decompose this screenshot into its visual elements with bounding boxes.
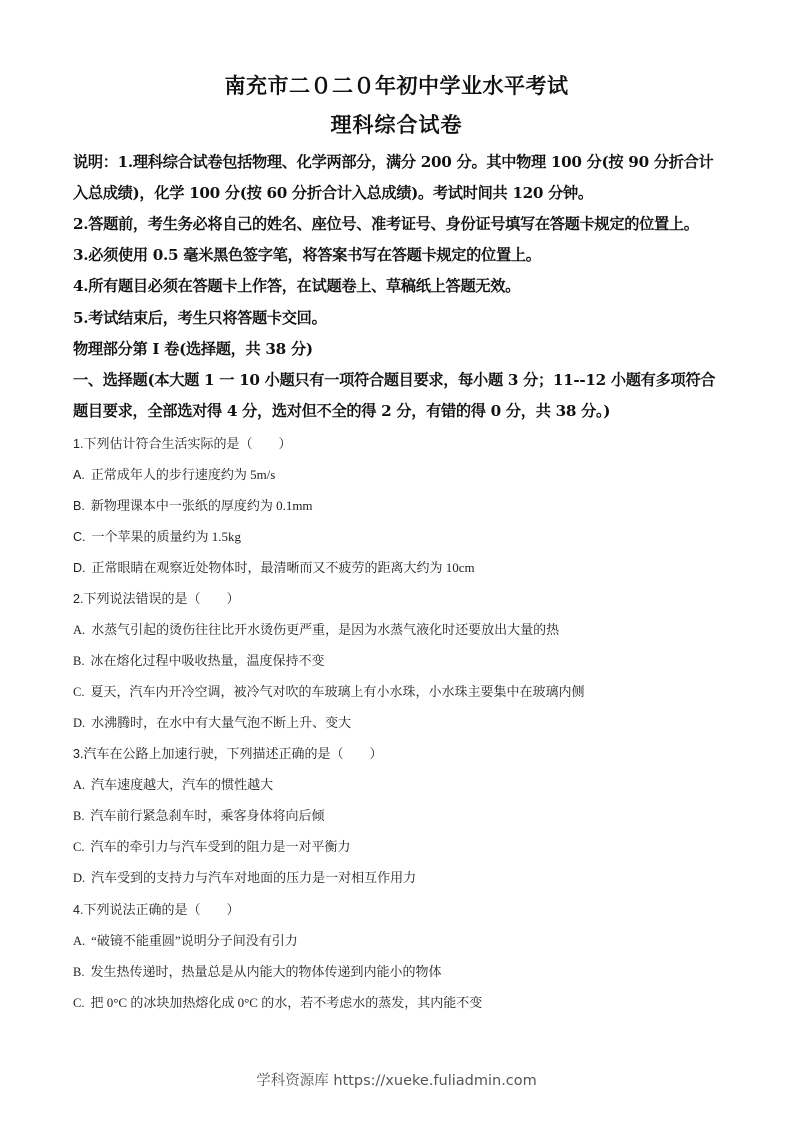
option-text: 正常眼睛在观察近处物体时，最清晰而又不疲劳的距离大约为 10cm — [92, 560, 475, 575]
question-4-option-b: B.发生热传递时，热量总是从内能大的物体传递到内能小的物体 — [73, 961, 441, 980]
instruction-line-1: 说明：1.理科综合试卷包括物理、化学两部分，满分 200 分。其中物理 100 … — [73, 151, 713, 172]
option-text: 新物理课本中一张纸的厚度约为 0.1mm — [91, 498, 313, 513]
question-2-option-c: C.夏天，汽车内开冷空调，被冷气对吹的车玻璃上有小水珠，小水珠主要集中在玻璃内侧 — [73, 681, 584, 700]
option-text: 正常成年人的步行速度约为 5m/s — [91, 467, 276, 482]
question-number: 1. — [73, 437, 83, 451]
option-text: 一个苹果的质量约为 1.5kg — [92, 529, 242, 544]
option-letter: A. — [73, 623, 85, 637]
option-text: 汽车的牵引力与汽车受到的阻力是一对平衡力 — [90, 839, 350, 854]
option-letter: C. — [73, 530, 86, 544]
option-letter: B. — [73, 654, 84, 668]
option-letter: D. — [73, 716, 85, 730]
option-text: 冰在熔化过程中吸收热量，温度保持不变 — [90, 653, 324, 668]
option-letter: A. — [73, 468, 85, 482]
question-text: 下列说法错误的是（ ） — [83, 591, 239, 606]
question-1-option-c: C.一个苹果的质量约为 1.5kg — [73, 526, 241, 545]
question-3-option-b: B.汽车前行紧急刹车时，乘客身体将向后倾 — [73, 805, 324, 824]
question-4-option-a: A.“破镜不能重圆”说明分子间没有引力 — [73, 930, 298, 949]
question-1-stem: 1.下列估计符合生活实际的是（ ） — [73, 433, 291, 452]
instruction-line-3: 2.答题前，考生务必将自己的姓名、座位号、准考证号、身份证号填写在答题卡规定的位… — [73, 213, 699, 234]
instruction-line-4: 3.必须使用 0.5 毫米黑色签字笔，将答案书写在答题卡规定的位置上。 — [73, 244, 541, 265]
exam-page: 南充市二０二０年初中学业水平考试 理科综合试卷 说明：1.理科综合试卷包括物理、… — [0, 0, 793, 1122]
instruction-line-2: 入总成绩)，化学 100 分(按 60 分折合计入总成绩)。考试时间共 120 … — [73, 182, 593, 203]
question-2-option-d: D.水沸腾时，在水中有大量气泡不断上升、变大 — [73, 712, 351, 731]
section-description-line-2: 题目要求，全部选对得 4 分，选对但不全的得 2 分，有错的得 0 分，共 38… — [73, 400, 610, 421]
question-number: 2. — [73, 592, 83, 606]
option-text: 水蒸气引起的烫伤往往比开水烫伤更严重，是因为水蒸气液化时还要放出大量的热 — [91, 622, 559, 637]
option-letter: A. — [73, 778, 85, 792]
question-3-stem: 3.汽车在公路上加速行驶，下列描述正确的是（ ） — [73, 743, 382, 762]
exam-subtitle: 理科综合试卷 — [0, 109, 793, 139]
question-4-option-c: C.把 0°C 的冰块加热熔化成 0°C 的水，若不考虑水的蒸发，其内能不变 — [73, 992, 482, 1011]
question-1-option-a: A.正常成年人的步行速度约为 5m/s — [73, 464, 275, 483]
question-3-option-a: A.汽车速度越大，汽车的惯性越大 — [73, 774, 273, 793]
option-letter: A. — [73, 934, 85, 948]
question-text: 下列估计符合生活实际的是（ ） — [83, 436, 291, 451]
instruction-line-6: 5.考试结束后，考生只将答题卡交回。 — [73, 307, 326, 328]
option-letter: C. — [73, 840, 84, 854]
question-text: 汽车在公路上加速行驶，下列描述正确的是（ ） — [83, 746, 382, 761]
question-2-option-b: B.冰在熔化过程中吸收热量，温度保持不变 — [73, 650, 324, 669]
option-text: 汽车受到的支持力与汽车对地面的压力是一对相互作用力 — [91, 870, 416, 885]
question-3-option-d: D.汽车受到的支持力与汽车对地面的压力是一对相互作用力 — [73, 867, 416, 886]
question-1-option-b: B.新物理课本中一张纸的厚度约为 0.1mm — [73, 495, 313, 514]
option-letter: B. — [73, 499, 85, 513]
section-heading: 物理部分第 I 卷(选择题，共 38 分) — [73, 338, 313, 359]
question-number: 4. — [73, 903, 83, 917]
option-letter: B. — [73, 809, 84, 823]
option-letter: D. — [73, 561, 86, 575]
option-letter: D. — [73, 871, 85, 885]
instruction-line-5: 4.所有题目必须在答题卡上作答，在试题卷上、草稿纸上答题无效。 — [73, 275, 520, 296]
question-3-option-c: C.汽车的牵引力与汽车受到的阻力是一对平衡力 — [73, 836, 350, 855]
option-text: 汽车速度越大，汽车的惯性越大 — [91, 777, 273, 792]
question-2-option-a: A.水蒸气引起的烫伤往往比开水烫伤更严重，是因为水蒸气液化时还要放出大量的热 — [73, 619, 559, 638]
question-4-stem: 4.下列说法正确的是（ ） — [73, 899, 239, 918]
option-letter: B. — [73, 965, 84, 979]
option-text: 夏天，汽车内开冷空调，被冷气对吹的车玻璃上有小水珠，小水珠主要集中在玻璃内侧 — [90, 684, 584, 699]
section-description-line-1: 一、选择题(本大题 1 一 10 小题只有一项符合题目要求，每小题 3 分；11… — [73, 369, 715, 390]
option-letter: C. — [73, 685, 84, 699]
option-text: 把 0°C 的冰块加热熔化成 0°C 的水，若不考虑水的蒸发，其内能不变 — [90, 995, 482, 1010]
question-number: 3. — [73, 747, 83, 761]
option-text: 汽车前行紧急刹车时，乘客身体将向后倾 — [90, 808, 324, 823]
footer-watermark: 学科资源库 https://xueke.fuliadmin.com — [0, 1069, 793, 1090]
question-1-option-d: D.正常眼睛在观察近处物体时，最清晰而又不疲劳的距离大约为 10cm — [73, 557, 475, 576]
exam-title: 南充市二０二０年初中学业水平考试 — [0, 70, 793, 100]
option-text: “破镜不能重圆”说明分子间没有引力 — [91, 933, 298, 948]
question-2-stem: 2.下列说法错误的是（ ） — [73, 588, 239, 607]
option-text: 发生热传递时，热量总是从内能大的物体传递到内能小的物体 — [90, 964, 441, 979]
option-text: 水沸腾时，在水中有大量气泡不断上升、变大 — [91, 715, 351, 730]
option-letter: C. — [73, 996, 84, 1010]
question-text: 下列说法正确的是（ ） — [83, 902, 239, 917]
